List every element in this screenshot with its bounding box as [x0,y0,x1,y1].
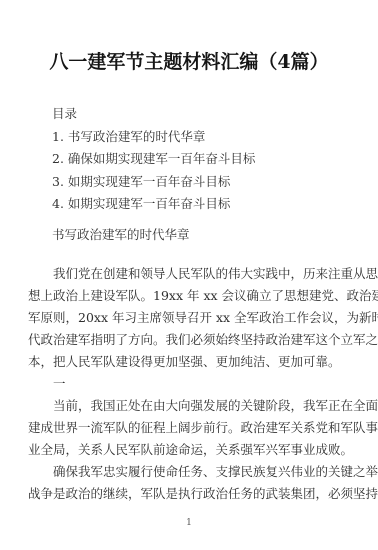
body-text: 我们党在创建和领导人民军队的伟大实践中，历来注重从思 想上政治上建设军队。19x… [28,263,352,505]
toc-item: 2. 确保如期实现建军一百年奋斗目标 [52,148,255,171]
paragraph-line: 建成世界一流军队的征程上阔步前行。政治建军关系党和军队事 [28,417,352,439]
toc-heading: 目录 [52,103,255,126]
table-of-contents: 目录 1. 书写政治建军的时代华章 2. 确保如期实现建军一百年奋斗目标 3. … [52,103,255,216]
paragraph-line: 代政治建军指明了方向。我们必须始终坚持政治建军这个立军之 [28,329,352,351]
section-numeral: 一 [28,373,352,395]
paragraph-line: 军原则，20xx 年习主席领导召开 xx 全军政治工作会议，为新时 [28,307,352,329]
toc-item: 1. 书写政治建军的时代华章 [52,126,255,149]
document-title: 八一建军节主题材料汇编（4篇） [0,47,378,74]
paragraph-line: 我们党在创建和领导人民军队的伟大实践中，历来注重从思 [28,263,352,285]
toc-item: 3. 如期实现建军一百年奋斗目标 [52,171,255,194]
section-heading: 书写政治建军的时代华章 [52,225,190,243]
toc-item: 4. 如期实现建军一百年奋斗目标 [52,193,255,216]
document-page: 八一建军节主题材料汇编（4篇） 目录 1. 书写政治建军的时代华章 2. 确保如… [0,0,378,550]
paragraph-line: 确保我军忠实履行使命任务、支撑民族复兴伟业的关键之举。 [28,461,352,483]
paragraph-line: 业全局，关系人民军队前途命运，关系强军兴军事业成败。 [28,439,352,461]
paragraph-line: 想上政治上建设军队。19xx 年 xx 会议确立了思想建党、政治建 [28,285,352,307]
paragraph-line: 本，把人民军队建设得更加坚强、更加纯洁、更加可靠。 [28,351,352,373]
paragraph-line: 当前，我国正处在由大向强发展的关键阶段，我军正在全面 [28,395,352,417]
page-number: 1 [0,518,378,528]
paragraph-line: 战争是政治的继续，军队是执行政治任务的武装集团，必须坚持 [28,483,352,505]
